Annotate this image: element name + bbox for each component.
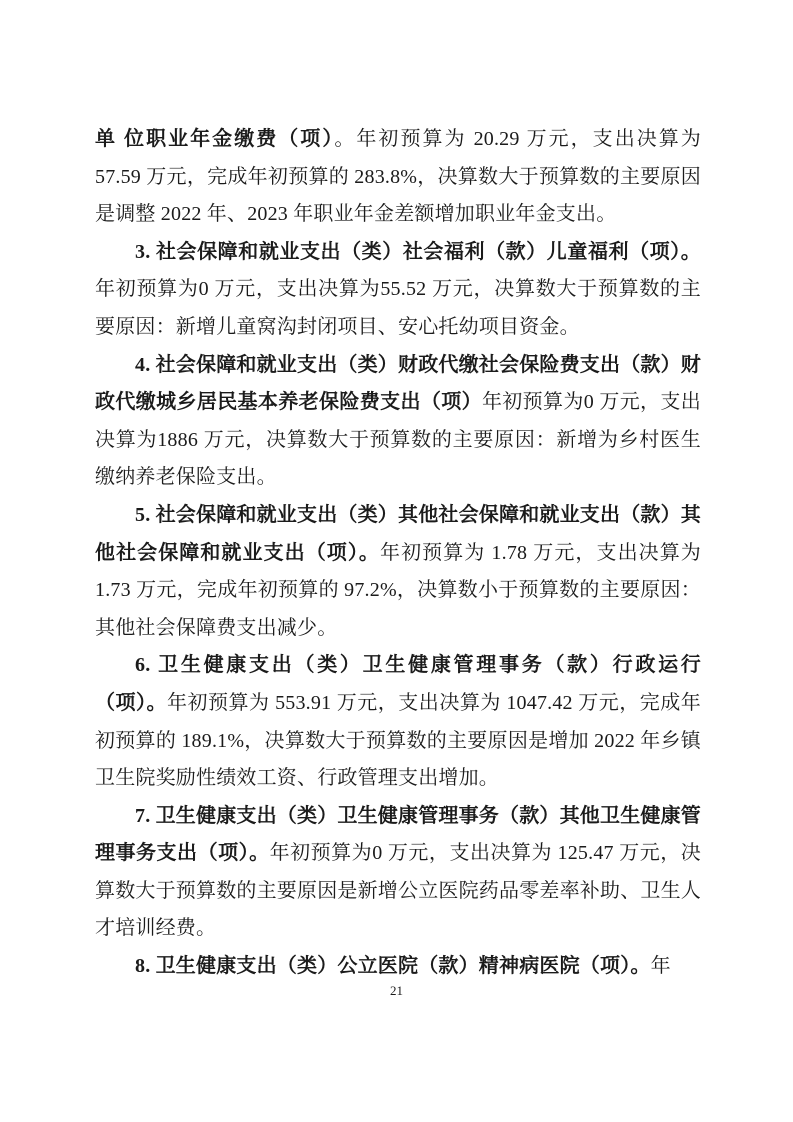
- paragraph-continued: 单 位职业年金缴费（项）。年初预算为 20.29 万元，支出决算为 57.59 …: [95, 121, 701, 234]
- paragraph-item-8: 8. 卫生健康支出（类）公立医院（款）精神病医院（项）。年: [95, 948, 701, 986]
- paragraph-item-3: 3. 社会保障和就业支出（类）社会福利（款）儿童福利（项）。年初预算为0 万元，…: [95, 234, 701, 347]
- paragraph-heading: 3. 社会保障和就业支出（类）社会福利（款）儿童福利（项）。: [135, 241, 701, 263]
- document-body: 单 位职业年金缴费（项）。年初预算为 20.29 万元，支出决算为 57.59 …: [95, 121, 701, 986]
- paragraph-item-5: 5. 社会保障和就业支出（类）其他社会保障和就业支出（款）其他社会保障和就业支出…: [95, 497, 701, 647]
- paragraph-text: 年: [651, 955, 671, 977]
- page-footer: 21: [0, 983, 793, 999]
- paragraph-item-7: 7. 卫生健康支出（类）卫生健康管理事务（款）其他卫生健康管理事务支出（项）。年…: [95, 798, 701, 948]
- paragraph-heading: 8. 卫生健康支出（类）公立医院（款）精神病医院（项）。: [135, 955, 651, 977]
- paragraph-heading: 单 位职业年金缴费（项）: [95, 128, 334, 150]
- paragraph-text: 年初预算为0 万元，支出决算为55.52 万元，决算数大于预算数的主要原因：新增…: [95, 278, 701, 338]
- page-number: 21: [390, 983, 403, 998]
- paragraph-text: 年初预算为 553.91 万元，支出决算为 1047.42 万元，完成年初预算的…: [95, 692, 701, 789]
- paragraph-item-6: 6. 卫生健康支出（类）卫生健康管理事务（款）行政运行（项）。年初预算为 553…: [95, 647, 701, 797]
- document-page: 单 位职业年金缴费（项）。年初预算为 20.29 万元，支出决算为 57.59 …: [0, 0, 793, 1122]
- paragraph-item-4: 4. 社会保障和就业支出（类）财政代缴社会保险费支出（款）财政代缴城乡居民基本养…: [95, 347, 701, 497]
